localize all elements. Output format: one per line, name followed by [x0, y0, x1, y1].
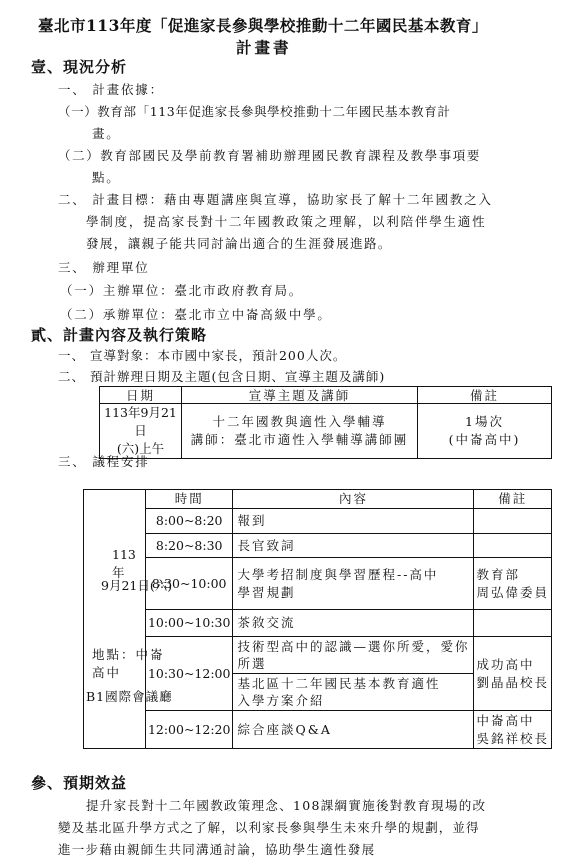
agenda-note: 中崙高中 吳銘祥校長 — [474, 711, 552, 749]
agenda-content: 長官致詞 — [233, 534, 474, 558]
agenda-time: 8:20~8:30 — [145, 534, 233, 558]
section1-item2-line2: 學制度，提高家長對十二年國教政策之理解，以利陪伴學生適性 — [86, 212, 486, 230]
agenda-side-location-line1: 地點：中崙 — [92, 646, 165, 664]
agenda-content: 大學考招制度與學習歷程--高中 學習規劃 — [233, 558, 474, 610]
agenda-content-line1: 大學考招制度與學習歷程--高中 — [237, 566, 469, 584]
agenda-row: 8:00~8:20 報到 — [84, 509, 552, 534]
agenda-header-note: 備註 — [474, 490, 552, 509]
topic-topic-line1: 十二年國教與適性入學輔導 — [186, 413, 413, 431]
agenda-note-line2: 吳銘祥校長 — [476, 730, 549, 748]
agenda-note — [474, 610, 552, 637]
agenda-side-date-line2: 9月21日(六) — [101, 577, 172, 595]
section1-heading: 壹、現況分析 — [31, 56, 127, 77]
agenda-note — [474, 509, 552, 534]
agenda-content-a-line2: 所選 — [237, 655, 469, 672]
agenda-note-line2: 劉晶晶校長 — [476, 674, 549, 692]
topic-topic-line2: 講師：臺北市適性入學輔導講師團 — [186, 431, 413, 449]
agenda-note: 成功高中 劉晶晶校長 — [474, 637, 552, 711]
section1-item3-label: 三、 辦理單位 — [58, 258, 150, 276]
section3-para-line2: 變及基北區升學方式之了解，以利家長參與學生未來升學的規劃，並得 — [58, 818, 480, 836]
section3-heading: 參、預期效益 — [31, 772, 127, 793]
agenda-side-location-line3: B1國際會議廳 — [86, 688, 173, 706]
agenda-table: 113年 9月21日(六) 地點：中崙 高中 B1國際會議廳 時間 內容 備註 … — [83, 489, 552, 749]
agenda-note-line1: 教育部 — [476, 566, 549, 584]
topic-date-line1: 113年9月21日 — [100, 404, 181, 440]
section1-item1-sub2-line1: （二）教育部國民及學前教育署補助辦理國民教育課程及教學事項要 — [58, 146, 481, 164]
agenda-content: 茶敘交流 — [233, 610, 474, 637]
section2-item2: 二、 預計辦理日期及主題(包含日期、宣導主題及講師) — [58, 367, 385, 385]
topic-table: 日期 宣導主題及講師 備註 113年9月21日 (六)上午 十二年國教與適性入學… — [99, 386, 552, 459]
topic-note-cell: 1場次 (中崙高中) — [418, 404, 552, 459]
agenda-side-cell: 113年 9月21日(六) 地點：中崙 高中 B1國際會議廳 — [84, 490, 146, 749]
agenda-header-content: 內容 — [233, 490, 474, 509]
agenda-header-time: 時間 — [145, 490, 233, 509]
agenda-content-line2: 學習規劃 — [237, 584, 469, 602]
agenda-time: 12:00~12:20 — [145, 711, 233, 749]
agenda-row: 10:00~10:30 茶敘交流 — [84, 610, 552, 637]
agenda-time: 8:00~8:20 — [145, 509, 233, 534]
section2-heading: 貳、計畫內容及執行策略 — [31, 324, 207, 345]
topic-note-line2: (中崙高中) — [422, 431, 547, 449]
section1-item1-sub1-line1: （一）教育部「113年促進家長參與學校推動十二年國民基本教育計 — [58, 102, 450, 120]
topic-header-topic: 宣導主題及講師 — [182, 387, 418, 404]
topic-note-line1: 1場次 — [422, 413, 547, 431]
agenda-row: 12:00~12:20 綜合座談Q&A 中崙高中 吳銘祥校長 — [84, 711, 552, 749]
topic-header-note: 備註 — [418, 387, 552, 404]
section1-item3-sub1: （一）主辦單位：臺北市政府教育局。 — [60, 281, 303, 299]
agenda-note-line1: 中崙高中 — [476, 712, 549, 730]
section2-item1: 一、 宣導對象：本市國中家長，預計200人次。 — [58, 346, 346, 364]
section1-item1-label: 一、 計畫依據： — [58, 80, 164, 98]
document-title-line2: 計畫書 — [236, 36, 292, 58]
agenda-content-b: 基北區十二年國民基本教育適性 入學方案介紹 — [233, 674, 474, 711]
agenda-content-a-line1: 技術型高中的認識—選你所愛，愛你 — [237, 638, 469, 655]
agenda-content-b-line1: 基北區十二年國民基本教育適性 — [237, 675, 469, 692]
agenda-row: 8:20~8:30 長官致詞 — [84, 534, 552, 558]
agenda-time: 10:00~10:30 — [145, 610, 233, 637]
agenda-content-a: 技術型高中的認識—選你所愛，愛你 所選 — [233, 637, 474, 674]
document-title-line1: 臺北市113年度「促進家長參與學校推動十二年國民基本教育」 — [38, 14, 488, 36]
topic-header-date: 日期 — [100, 387, 182, 404]
agenda-content: 報到 — [233, 509, 474, 534]
agenda-content: 綜合座談Q&A — [233, 711, 474, 749]
agenda-note — [474, 534, 552, 558]
section2-item3: 三、 議程安排 — [58, 452, 150, 470]
agenda-note-line1: 成功高中 — [476, 656, 549, 674]
topic-date-cell: 113年9月21日 (六)上午 — [100, 404, 182, 459]
section3-para-line1: 提升家長對十二年國教政策理念、108課綱實施後對教育現場的改 — [86, 796, 486, 814]
agenda-side-location-line2: 高中 — [92, 664, 121, 682]
topic-topic-cell: 十二年國教與適性入學輔導 講師：臺北市適性入學輔導講師團 — [182, 404, 418, 459]
agenda-note-line2: 周弘偉委員 — [476, 584, 549, 602]
agenda-note: 教育部 周弘偉委員 — [474, 558, 552, 610]
section1-item2-line3: 發展，讓親子能共同討論出適合的生涯發展進路。 — [86, 234, 392, 252]
section1-item3-sub2: （二）承辦單位：臺北市立中崙高級中學。 — [60, 305, 332, 323]
section1-item2-line1: 二、 計畫目標：藉由專題講座與宣導，協助家長了解十二年國教之入 — [58, 190, 493, 208]
section3-para-line3: 進一步藉由親師生共同溝通討論，協助學生適性發展 — [58, 840, 375, 858]
section1-item1-sub1-line2: 畫。 — [92, 124, 121, 142]
section1-item1-sub2-line2: 點。 — [92, 168, 121, 186]
agenda-content-b-line2: 入學方案介紹 — [237, 692, 469, 709]
